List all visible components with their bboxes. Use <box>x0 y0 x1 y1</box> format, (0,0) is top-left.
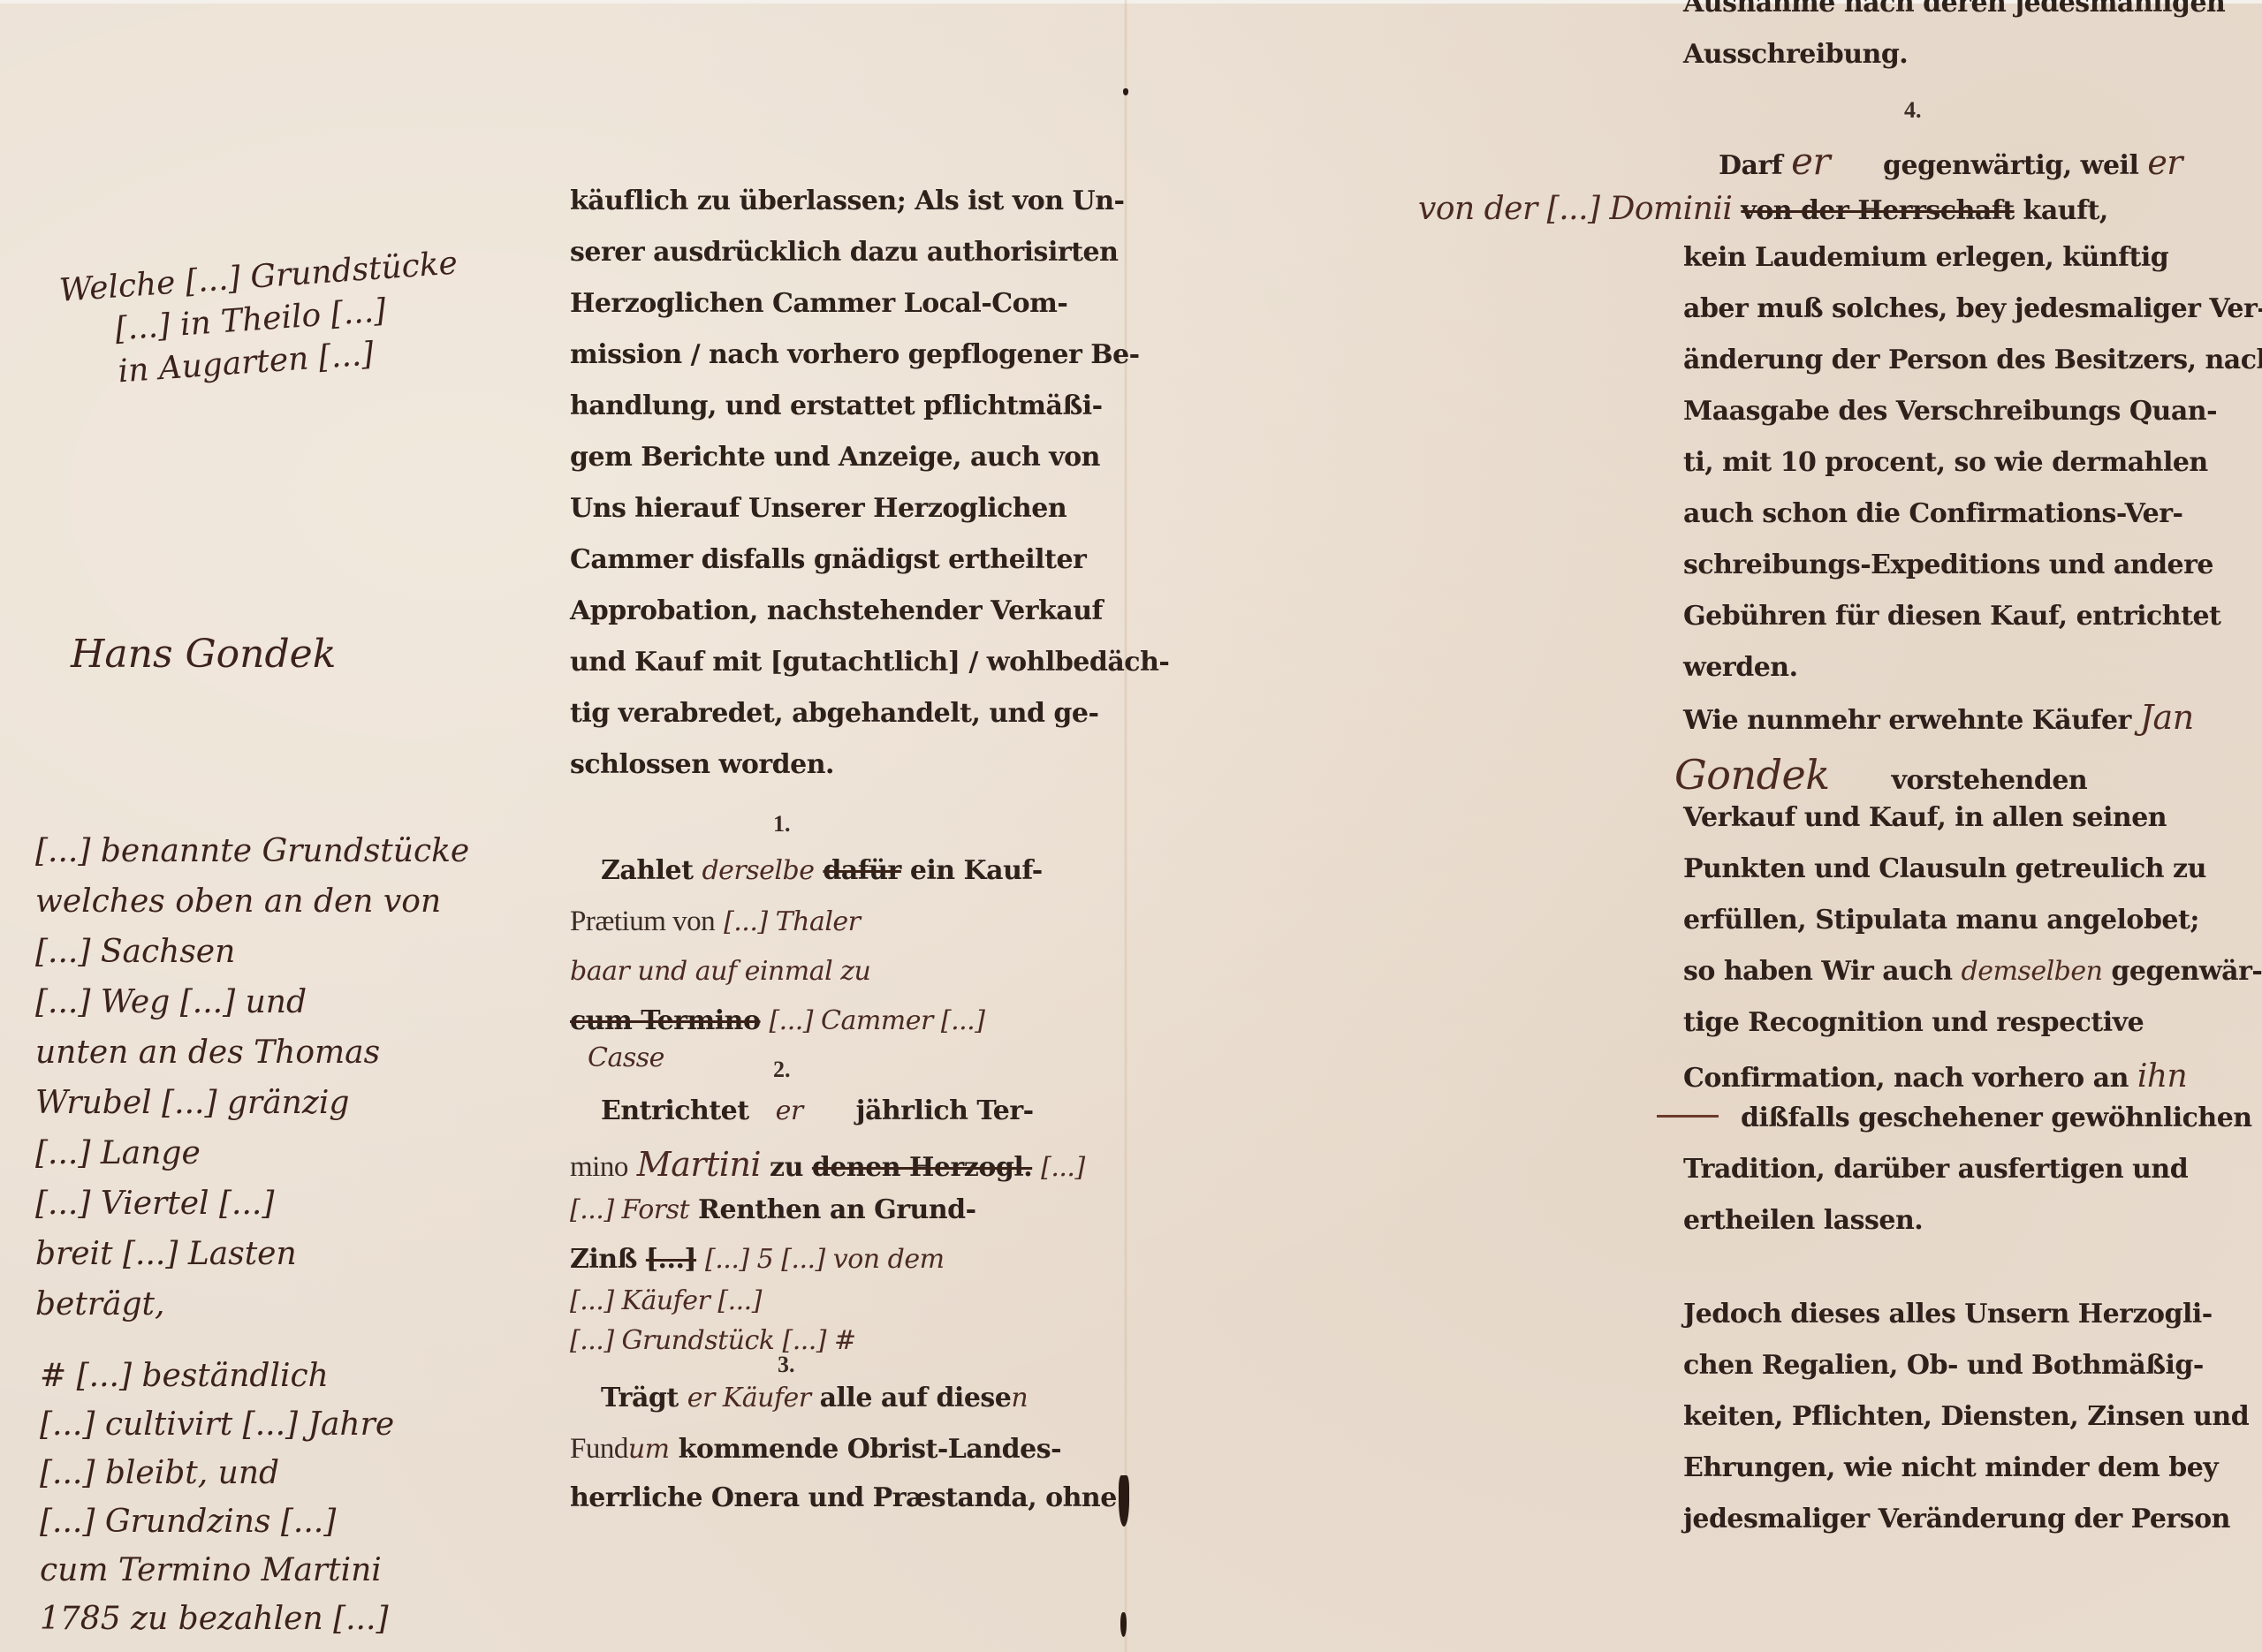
handwritten-insert: [...] Grundstück [...] # <box>570 1325 856 1356</box>
margin-note-line: [...] Weg [...] und <box>35 977 469 1027</box>
margin-note-line: [...] Sachsen <box>35 927 469 977</box>
text-line: käuflich zu überlassen; Als ist von Un- <box>570 186 1124 216</box>
margin-note-3: # [...] beständlich [...] cultivirt [...… <box>40 1352 394 1643</box>
section-number-4: 4. <box>1904 97 1922 124</box>
right-column: Ausnahme nach deren jedesmahligen Aussch… <box>1683 0 2143 1652</box>
print-text: Confirmation, nach vorhero an <box>1683 1063 2129 1094</box>
name-note: Hans Gondek <box>71 632 336 677</box>
text-line: Zahlet derselbe dafür ein Kauf- <box>601 855 1043 886</box>
text-line: und Kauf mit [gutachtlich] / wohlbedäch- <box>570 647 1169 678</box>
text-line: Gondek vorstehenden <box>1674 751 2087 799</box>
text-line: keiten, Pflichten, Diensten, Zinsen und <box>1683 1401 2249 1432</box>
text-line: Zinß [...] [...] 5 [...] von dem <box>570 1244 945 1275</box>
print-text: vorstehenden <box>1892 765 2088 796</box>
margin-note-2: [...] benannte Grundstücke welches oben … <box>35 826 469 1330</box>
text-line: Darf er gegenwärtig, weil er <box>1719 140 2182 183</box>
text-line: herrliche Onera und Præstanda, ohne <box>570 1482 1117 1513</box>
text-line: serer ausdrücklich dazu authorisirten <box>570 237 1118 268</box>
margin-note-line: [...] cultivirt [...] Jahre <box>40 1400 394 1449</box>
margin-note-line: Wrubel [...] gränzig <box>35 1078 469 1128</box>
text-line: von der [...] Dominii von der Herrschaft… <box>1418 191 2108 227</box>
text-line: handlung, und erstattet pflichtmäßi- <box>570 390 1103 421</box>
handwritten-insert: [...] Cammer [...] <box>769 1005 984 1036</box>
text-line: Verkauf und Kauf, in allen seinen <box>1683 802 2167 833</box>
handwritten-dash <box>1657 1115 1719 1118</box>
text-line: ti, mit 10 procent, so wie dermahlen <box>1683 447 2208 478</box>
print-text: alle auf diese <box>820 1383 1012 1413</box>
text-line: [...] Forst Renthen an Grund- <box>570 1194 976 1225</box>
margin-note-line: breit [...] Lasten <box>35 1229 469 1279</box>
text-line: gem Berichte und Anzeige, auch von <box>570 442 1100 473</box>
text-line: mission / nach vorhero gepflogener Be- <box>570 339 1140 370</box>
margin-note-line: beträgt, <box>35 1279 469 1330</box>
text-line: Wie nunmehr erwehnte Käufer Jan <box>1683 698 2194 737</box>
handwritten-insert: ihn <box>2137 1058 2187 1095</box>
struck-text: von der Herrschaft <box>1741 195 2014 226</box>
ink-speck <box>1119 1475 1129 1527</box>
handwritten-insert: er <box>2147 143 2182 182</box>
text-line: jedesmaliger Veränderung der Person <box>1683 1504 2230 1535</box>
text-line: Approbation, nachstehender Verkauf <box>570 595 1103 626</box>
print-text: kauft, <box>2023 195 2108 226</box>
text-line: baar und auf einmal zu <box>570 956 870 987</box>
text-line: Tradition, darüber ausfertigen und <box>1683 1154 2188 1185</box>
print-text: Zinß <box>570 1244 637 1275</box>
print-text: kommende Obrist-Landes- <box>679 1434 1061 1465</box>
handwritten-insert: um <box>628 1434 670 1465</box>
handwritten-insert: [...] <box>1041 1152 1085 1183</box>
text-line: mino Martini zu denen Herzogl. [...] <box>570 1145 1085 1184</box>
print-text: Prætium von <box>570 906 715 937</box>
text-line: [...] Käufer [...] <box>570 1285 762 1316</box>
text-line: Entrichtet er jährlich Ter- <box>601 1095 1034 1126</box>
text-line: Punkten und Clausuln getreulich zu <box>1683 853 2206 884</box>
margin-note-line: [...] Grundzins [...] <box>40 1497 394 1546</box>
text-line: werden. <box>1683 652 1798 683</box>
text-line: Fundum kommende Obrist-Landes- <box>570 1433 1061 1466</box>
text-line: tig verabredet, abgehandelt, und ge- <box>570 698 1098 729</box>
struck-text: dafür <box>823 855 900 886</box>
text-line: Cammer disfalls gnädigst ertheilter <box>570 544 1086 575</box>
text-line: auch schon die Confirmations-Ver- <box>1683 498 2183 529</box>
margin-note-line: # [...] beständlich <box>40 1352 394 1400</box>
handwritten-insert: von der [...] Dominii <box>1418 191 1732 227</box>
handwritten-insert: derselbe <box>702 855 814 886</box>
text-line: Prætium von [...] Thaler <box>570 906 861 938</box>
text-line: aber muß solches, bey jedesmaliger Ver- <box>1683 293 2262 324</box>
print-text: zu <box>770 1152 803 1183</box>
section-number-1: 1. <box>773 811 791 837</box>
print-text: Renthen an Grund- <box>698 1194 976 1225</box>
handwritten-insert: Gondek <box>1674 751 1830 799</box>
text-line: ertheilen lassen. <box>1683 1205 1923 1236</box>
handwritten-insert: n <box>1011 1383 1028 1413</box>
print-text: gegenwär- <box>2111 956 2262 987</box>
text-line: Confirmation, nach vorhero an ihn <box>1683 1058 2187 1095</box>
ink-speck <box>1120 1612 1127 1637</box>
print-text: so haben Wir auch <box>1683 956 1953 987</box>
name-note-text: Hans Gondek <box>71 632 336 677</box>
section-number-2: 2. <box>773 1057 791 1083</box>
print-text: herrliche Onera und Præstanda, ohne <box>570 1482 1117 1513</box>
print-text: Darf <box>1719 150 1782 181</box>
print-text: Entrichtet <box>601 1095 749 1126</box>
handwritten-insert: er Käufer <box>687 1383 811 1413</box>
text-line: schlossen worden. <box>570 749 834 780</box>
struck-text: denen Herzogl. <box>812 1152 1032 1183</box>
print-text: ein Kauf- <box>910 855 1043 886</box>
margin-note-line: [...] bleibt, und <box>40 1449 394 1497</box>
margin-note-line: [...] Viertel [...] <box>35 1178 469 1229</box>
text-line: chen Regalien, Ob- und Bothmäßig- <box>1683 1350 2204 1381</box>
handwritten-insert: demselben <box>1962 956 2103 987</box>
text-line: so haben Wir auch demselben gegenwär- <box>1683 956 2262 987</box>
handwritten-insert: [...] 5 [...] von dem <box>705 1244 945 1275</box>
print-text: mino <box>570 1151 628 1183</box>
text-line: Ausnahme nach deren jedesmahligen <box>1683 0 2225 19</box>
print-text: Trägt <box>601 1383 679 1413</box>
text-line: schreibungs-Expeditions und andere <box>1683 549 2213 580</box>
handwritten-insert: er <box>1791 140 1830 183</box>
margin-note-line: 1785 zu bezahlen [...] <box>40 1595 394 1643</box>
margin-note-line: unten an des Thomas <box>35 1027 469 1078</box>
text-line: Uns hierauf Unserer Herzoglichen <box>570 493 1066 524</box>
section-number-3: 3. <box>778 1352 795 1378</box>
text-line: Herzoglichen Cammer Local-Com- <box>570 288 1067 319</box>
text-line: dißfalls geschehener gewöhnlichen <box>1741 1103 2252 1133</box>
print-text: Zahlet <box>601 855 694 886</box>
struck-text: [...] <box>646 1244 696 1275</box>
text-line: cum Termino [...] Cammer [...] <box>570 1005 984 1036</box>
text-line: Ausschreibung. <box>1683 39 1908 70</box>
print-text: jährlich Ter- <box>856 1095 1034 1126</box>
handwritten-insert: [...] Thaler <box>724 906 860 937</box>
text-line: Jedoch dieses alles Unsern Herzogli- <box>1683 1299 2213 1330</box>
handwritten-insert: er <box>776 1095 803 1126</box>
margin-note-line: welches oben an den von <box>35 876 469 927</box>
handwritten-insert: Martini <box>637 1145 761 1184</box>
text-line: kein Laudemium erlegen, künftig <box>1683 242 2168 273</box>
margin-note-line: [...] benannte Grundstücke <box>35 826 469 876</box>
struck-text: cum Termino <box>570 1005 761 1036</box>
print-text: Fund <box>570 1433 628 1465</box>
handwritten-insert: Casse <box>588 1042 664 1073</box>
text-line: Casse <box>588 1042 664 1073</box>
text-line: Maasgabe des Verschreibungs Quan- <box>1683 396 2217 427</box>
text-line: [...] Grundstück [...] # <box>570 1325 856 1356</box>
center-fold <box>1124 0 1127 1652</box>
ink-speck <box>1123 88 1128 95</box>
text-line: Ehrungen, wie nicht minder dem bey <box>1683 1452 2218 1483</box>
print-text: gegenwärtig, weil <box>1883 150 2138 181</box>
text-line: erfüllen, Stipulata manu angelobet; <box>1683 905 2199 936</box>
handwritten-insert: [...] Käufer [...] <box>570 1285 762 1316</box>
text-line: änderung der Person des Besitzers, nach <box>1683 345 2262 375</box>
handwritten-insert: [...] Forst <box>570 1194 689 1225</box>
middle-column: käuflich zu überlassen; Als ist von Un- … <box>570 0 1012 1652</box>
text-line: tige Recognition und respective <box>1683 1007 2144 1038</box>
margin-note-line: cum Termino Martini <box>40 1546 394 1595</box>
text-line: Gebühren für diesen Kauf, entrichtet <box>1683 601 2220 632</box>
handwritten-insert: baar und auf einmal zu <box>570 956 870 987</box>
print-text: Wie nunmehr erwehnte Käufer <box>1683 705 2131 736</box>
text-line: Trägt er Käufer alle auf diesen <box>601 1383 1028 1413</box>
handwritten-insert: Jan <box>2140 698 2194 737</box>
margin-note-line: [...] Lange <box>35 1128 469 1178</box>
